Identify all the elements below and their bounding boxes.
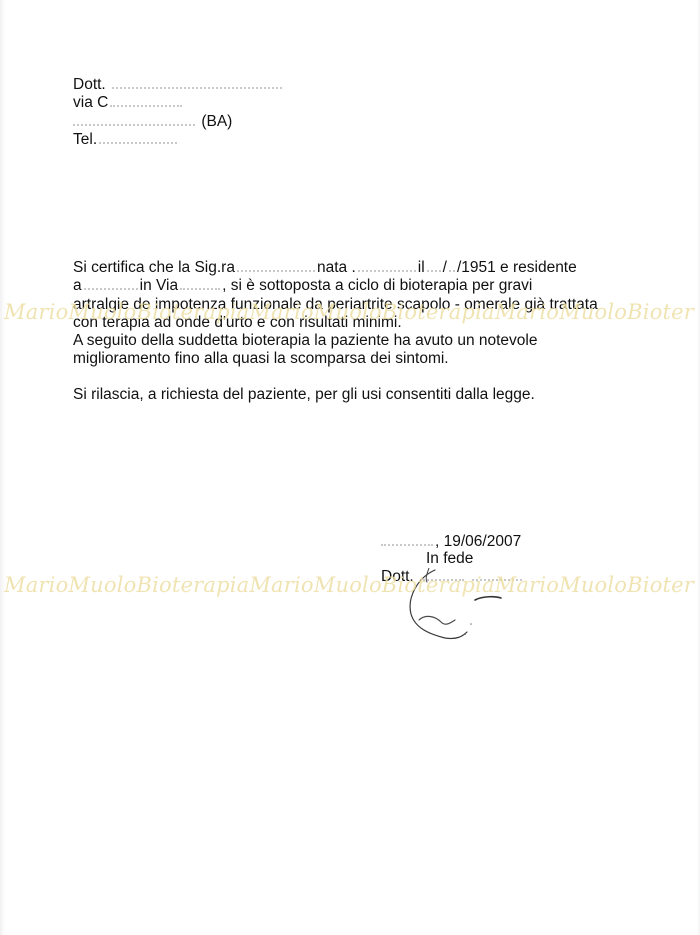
sender-phone-line: Tel.: [73, 131, 179, 149]
body-line-2: ain Via, si è sottoposta a ciclo di biot…: [73, 277, 532, 295]
text-segment: , si è sottoposta a ciclo di bioterapia …: [222, 277, 532, 294]
body-line-7: Si rilascia, a richiesta del paziente, p…: [73, 386, 535, 404]
text-segment: il: [418, 259, 425, 276]
sender-street: via C: [73, 94, 108, 111]
watermark-lower: MarioMuoloBioterapiaMarioMuoloBioterapia…: [4, 573, 694, 597]
redacted-birth-month: [449, 268, 455, 272]
text-segment: nata .: [317, 259, 356, 276]
text-segment: a: [73, 277, 82, 294]
redacted-place: [381, 542, 433, 546]
sender-phone-label: Tel.: [73, 131, 97, 148]
body-line-3: artralgie de impotenza funzionale da per…: [73, 296, 598, 314]
body-line-4: con terapia ad onde d'urto e con risulta…: [73, 314, 402, 332]
redacted-phone: [99, 140, 177, 144]
redacted-birth-day: [427, 268, 441, 272]
text-segment: /: [443, 259, 447, 276]
handwritten-signature: [405, 568, 515, 648]
redacted-patient-name: [237, 268, 315, 272]
sender-province: (BA): [201, 113, 232, 130]
redacted-sender-name: [112, 85, 282, 89]
place-date-line: , 19/06/2007: [381, 533, 521, 551]
redacted-residence-city: [84, 286, 138, 290]
redacted-street: [110, 103, 182, 107]
body-line-1: Si certifica che la Sig.ranata .il//1951…: [73, 259, 577, 277]
text-segment: in Via: [140, 277, 179, 294]
sender-name-line: Dott.: [73, 76, 284, 94]
text-segment: ,: [435, 533, 439, 550]
scanned-certificate-page: Dott. via C (BA) Tel. Si certifica che l…: [0, 0, 700, 935]
sender-street-line: via C: [73, 94, 184, 112]
redacted-city: [73, 122, 195, 126]
certificate-date: 19/06/2007: [444, 533, 522, 550]
salutation: In fede: [426, 550, 473, 568]
sender-city-line: (BA): [73, 113, 232, 131]
redacted-residence-street: [180, 286, 220, 290]
text-segment: /1951 e residente: [457, 259, 577, 276]
text-segment: Si certifica che la Sig.ra: [73, 259, 235, 276]
body-line-6: miglioramento fino alla quasi la scompar…: [73, 350, 449, 368]
scan-edge-left: [0, 0, 6, 935]
body-line-5: A seguito della suddetta bioterapia la p…: [73, 332, 538, 350]
redacted-birthplace: [358, 268, 416, 272]
sender-title: Dott.: [73, 76, 106, 93]
